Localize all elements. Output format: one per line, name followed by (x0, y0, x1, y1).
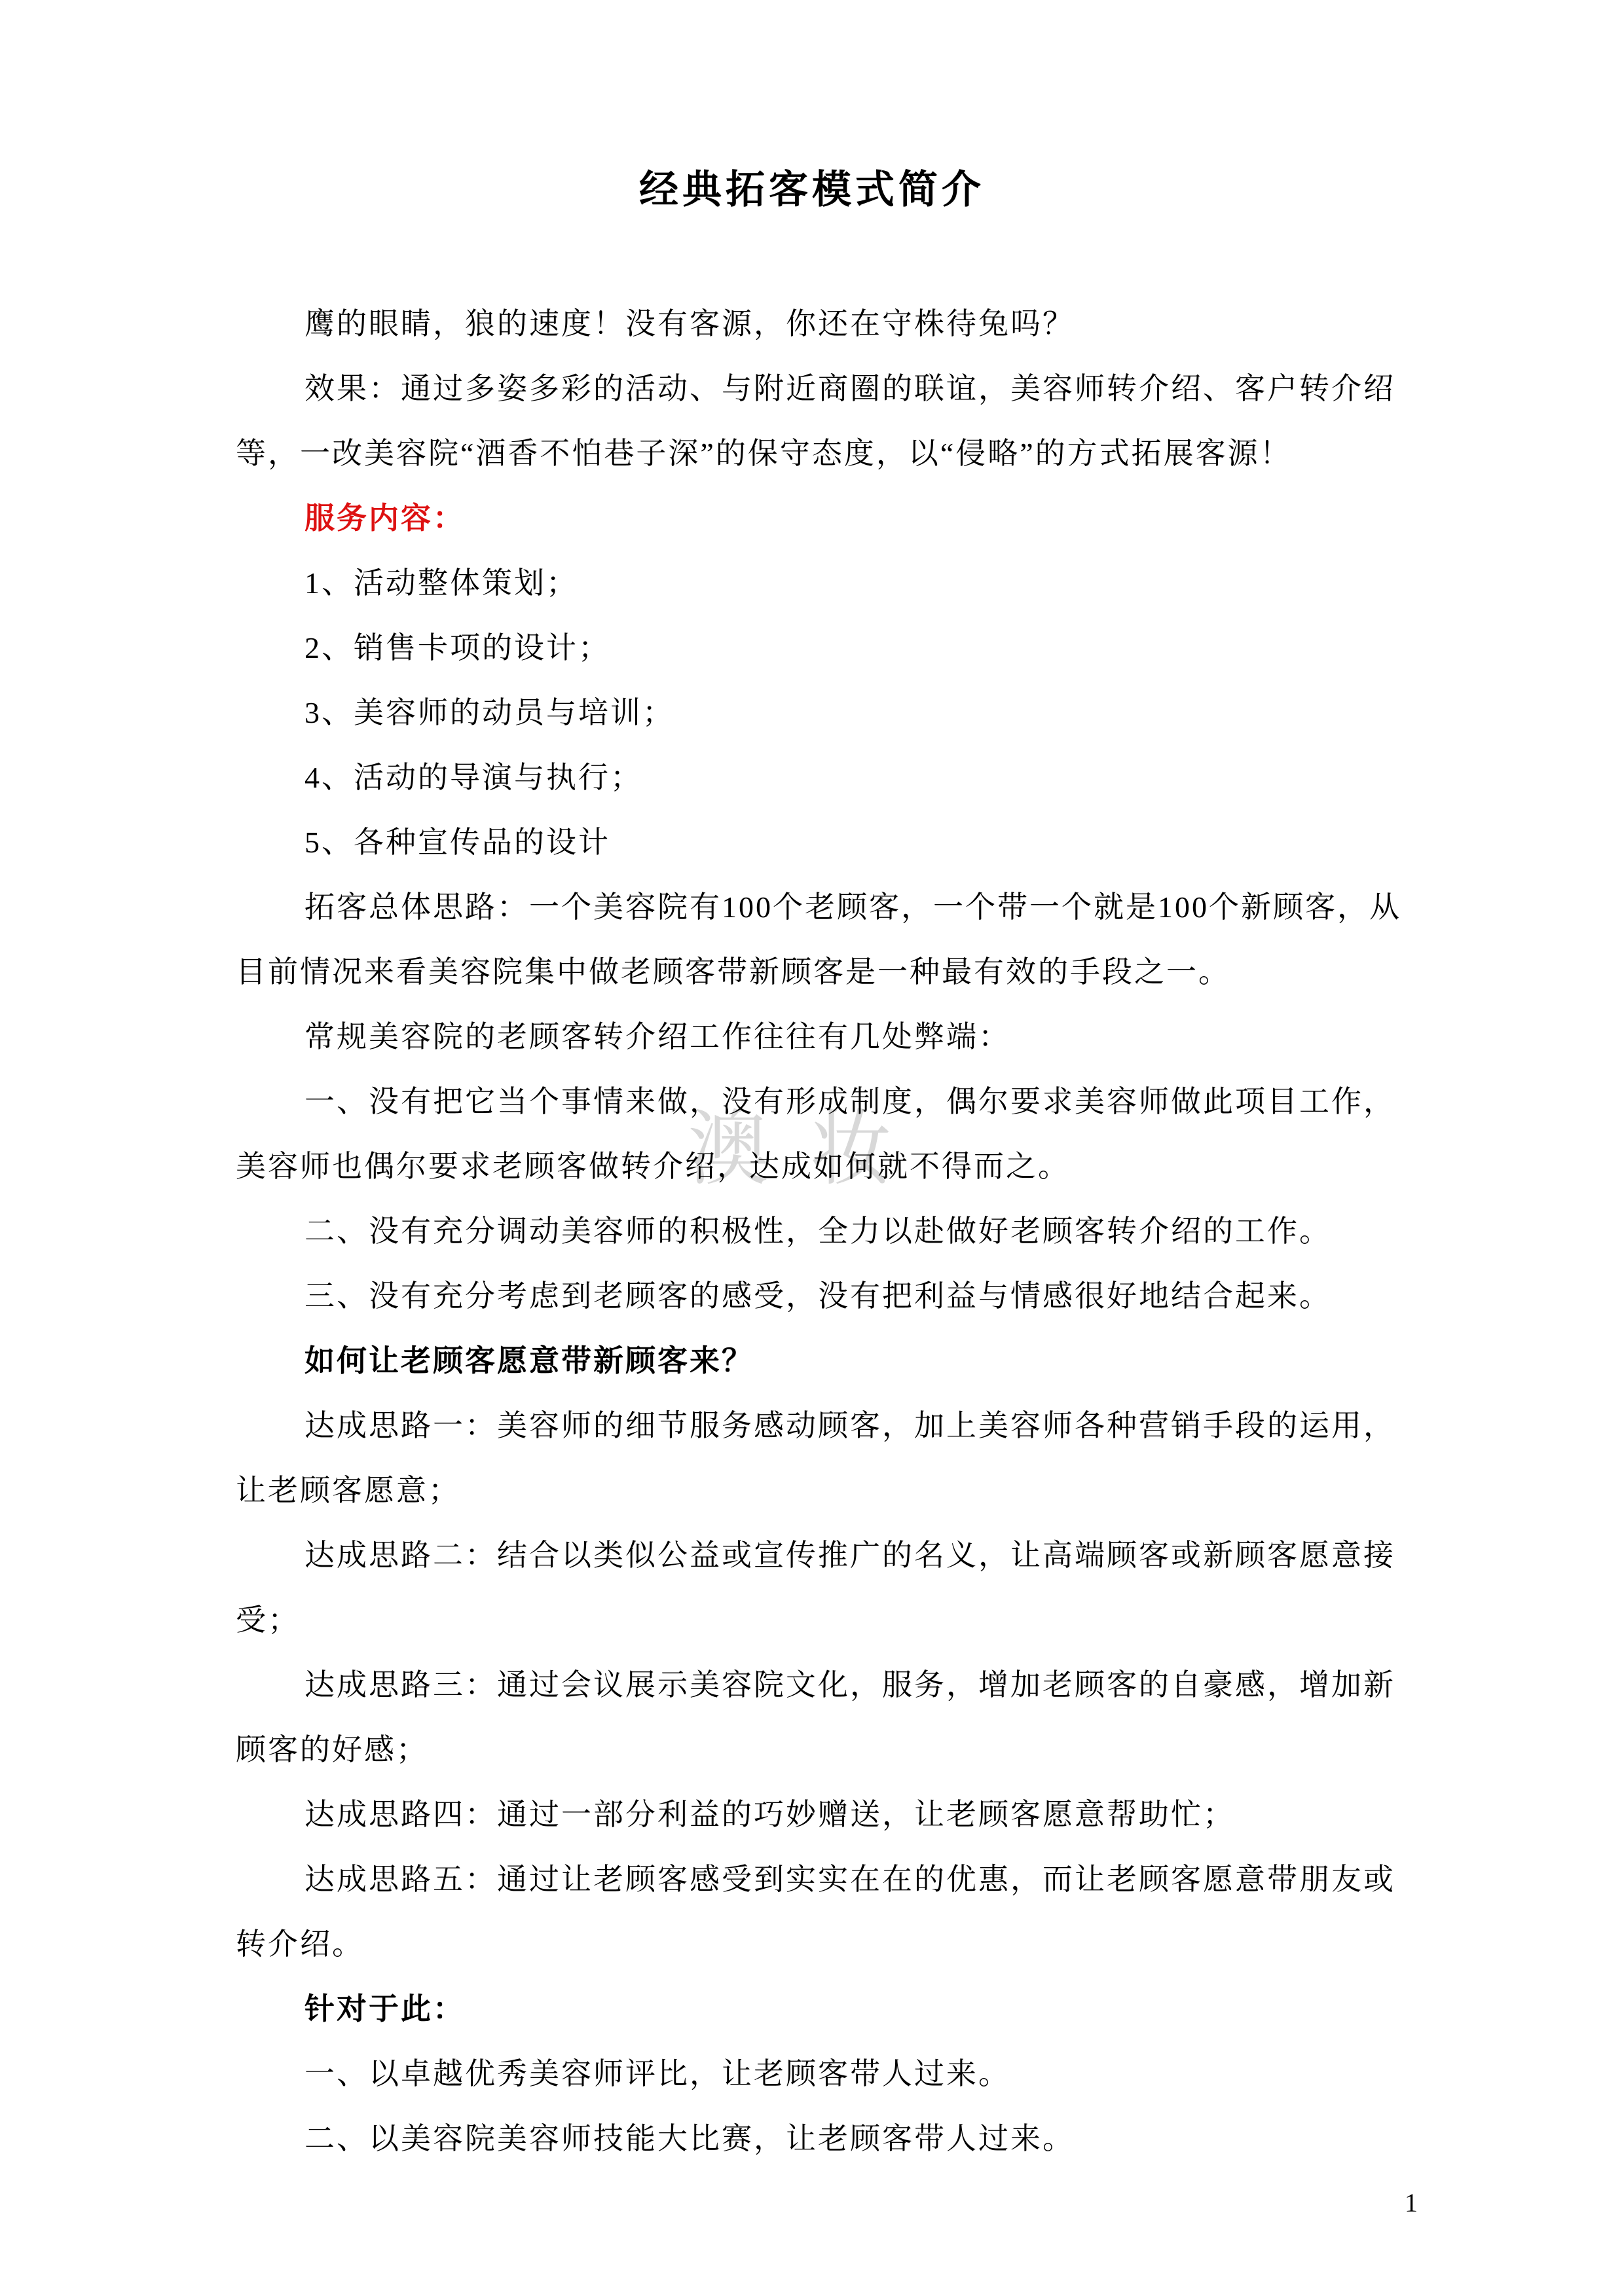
page-number: 1 (1405, 2174, 1444, 2232)
document-page: 澳妆 经典拓客模式简介 鹰的眼睛，狼的速度！没有客源，你还在守株待兔吗？ 效果：… (0, 0, 1624, 2296)
section-heading-regarding-this: 针对于此： (236, 1977, 1408, 2041)
paragraph-line: 二、没有充分调动美容师的积极性，全力以赴做好老顾客转介绍的工作。 (236, 1199, 1408, 1264)
paragraph-line: 一、没有把它当个事情来做，没有形成制度，偶尔要求美容师做此项目工作， (236, 1069, 1408, 1134)
paragraph-line: 美容师也偶尔要求老顾客做转介绍，达成如何就不得而之。 (236, 1134, 1408, 1199)
list-item: 4、活动的导演与执行； (236, 745, 1408, 810)
paragraph-line: 三、没有充分考虑到老顾客的感受，没有把利益与情感很好地结合起来。 (236, 1264, 1408, 1328)
paragraph-line: 二、以美容院美容师技能大比赛，让老顾客带人过来。 (236, 2106, 1408, 2171)
paragraph-line: 受； (236, 1588, 1408, 1652)
page-title: 经典拓客模式简介 (0, 156, 1624, 224)
paragraph-line: 达成思路五：通过让老顾客感受到实实在在的优惠，而让老顾客愿意带朋友或 (236, 1847, 1408, 1912)
paragraph-line: 常规美容院的老顾客转介绍工作往往有几处弊端： (236, 1004, 1408, 1069)
paragraph-line: 达成思路四：通过一部分利益的巧妙赠送，让老顾客愿意帮助忙； (236, 1782, 1408, 1847)
paragraph-line: 效果：通过多姿多彩的活动、与附近商圈的联谊，美容师转介绍、客户转介绍 (236, 356, 1408, 421)
paragraph-line: 等，一改美容院“酒香不怕巷子深”的保守态度，以“侵略”的方式拓展客源！ (236, 421, 1408, 486)
paragraph-line: 顾客的好感； (236, 1717, 1408, 1782)
paragraph-line: 目前情况来看美容院集中做老顾客带新顾客是一种最有效的手段之一。 (236, 939, 1408, 1004)
list-item: 2、销售卡项的设计； (236, 615, 1408, 680)
list-item: 3、美容师的动员与培训； (236, 680, 1408, 745)
section-heading-service-content: 服务内容： (236, 486, 1408, 551)
paragraph-line: 达成思路三：通过会议展示美容院文化，服务，增加老顾客的自豪感，增加新 (236, 1652, 1408, 1717)
paragraph-line: 鹰的眼睛，狼的速度！没有客源，你还在守株待兔吗？ (236, 291, 1408, 356)
list-item: 5、各种宣传品的设计 (236, 810, 1408, 875)
list-item: 1、活动整体策划； (236, 551, 1408, 615)
paragraph-line: 达成思路一：美容师的细节服务感动顾客，加上美容师各种营销手段的运用， (236, 1393, 1408, 1458)
document-body: 鹰的眼睛，狼的速度！没有客源，你还在守株待兔吗？ 效果：通过多姿多彩的活动、与附… (236, 291, 1408, 2171)
paragraph-line: 转介绍。 (236, 1912, 1408, 1977)
paragraph-line: 一、以卓越优秀美容师评比，让老顾客带人过来。 (236, 2041, 1408, 2106)
paragraph-line: 让老顾客愿意； (236, 1458, 1408, 1523)
section-heading-how-to: 如何让老顾客愿意带新顾客来？ (236, 1328, 1408, 1393)
paragraph-line: 达成思路二：结合以类似公益或宣传推广的名义，让高端顾客或新顾客愿意接 (236, 1523, 1408, 1588)
paragraph-line: 拓客总体思路：一个美容院有100个老顾客，一个带一个就是100个新顾客，从 (236, 875, 1408, 939)
